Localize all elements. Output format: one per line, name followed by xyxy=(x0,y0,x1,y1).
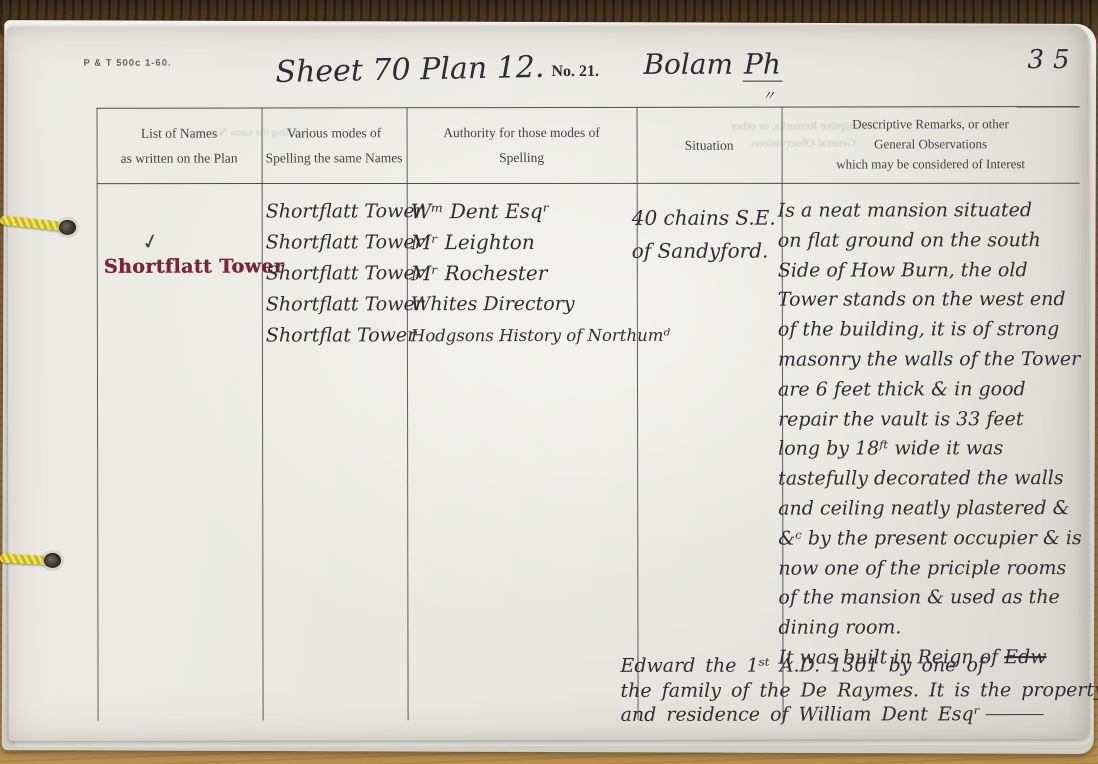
page-number: 35 xyxy=(1027,45,1078,75)
descriptive-remarks: Is a neat mansion situated on flat groun… xyxy=(778,196,1081,673)
authority-entry: Hodgsons History of Northumᵈ xyxy=(411,320,670,351)
remarks-overflow: Edward the 1ˢᵗ A.D. 1301 by one of the f… xyxy=(620,653,1085,728)
spelling-entry: Shortflatt Tower xyxy=(266,227,424,258)
parish-word: Bolam xyxy=(643,48,742,81)
form-number-label: No. 21. xyxy=(551,63,599,81)
sheet-plan-title: Sheet 70 Plan 12. xyxy=(275,49,566,90)
ditto-mark: 〃 xyxy=(761,86,775,106)
column-header-situation: Situation xyxy=(637,108,782,182)
spelling-entry: Shortflatt Tower xyxy=(266,289,424,320)
situation-entry: 40 chains S.E. of Sandyford. xyxy=(632,202,776,268)
pen-flourish xyxy=(985,714,1043,715)
column-header-authority: Authority for those modes of Spelling xyxy=(407,108,637,182)
table-header-rule xyxy=(97,183,1080,184)
photo-scene: P & T 500c 1-60. Sheet 70 Plan 12. No. 2… xyxy=(0,0,1098,764)
name-book-page: P & T 500c 1-60. Sheet 70 Plan 12. No. 2… xyxy=(7,25,1088,741)
parish-abbreviation: Ph xyxy=(742,48,783,82)
form-reference-stamp: P & T 500c 1-60. xyxy=(83,58,171,69)
parish-name: Bolam Ph 〃 xyxy=(643,48,782,81)
table-vertical-rule xyxy=(97,108,99,721)
spelling-entry: Shortflat Tower xyxy=(266,320,424,351)
plan-name-entry: Shortflatt Tower xyxy=(104,255,266,277)
column-header-names: List of Names as written on the Plan xyxy=(97,108,262,182)
check-mark: ✓ xyxy=(139,228,162,256)
column-header-spelling-modes: Various modes of Spelling the same Names xyxy=(262,108,407,182)
binding-hole-bottom xyxy=(44,553,61,568)
binding-hole-top xyxy=(59,220,76,235)
spelling-variants-list: Shortflatt Tower Shortflatt Tower Shortf… xyxy=(266,196,424,351)
table-vertical-rule xyxy=(262,107,264,720)
spelling-entry: Shortflatt Tower xyxy=(266,196,424,227)
authority-entry: Whites Directory xyxy=(411,289,670,320)
column-header-remarks: Descriptive Remarks, or other General Ob… xyxy=(782,107,1080,182)
spelling-entry: Shortflatt Tower xyxy=(266,258,424,289)
